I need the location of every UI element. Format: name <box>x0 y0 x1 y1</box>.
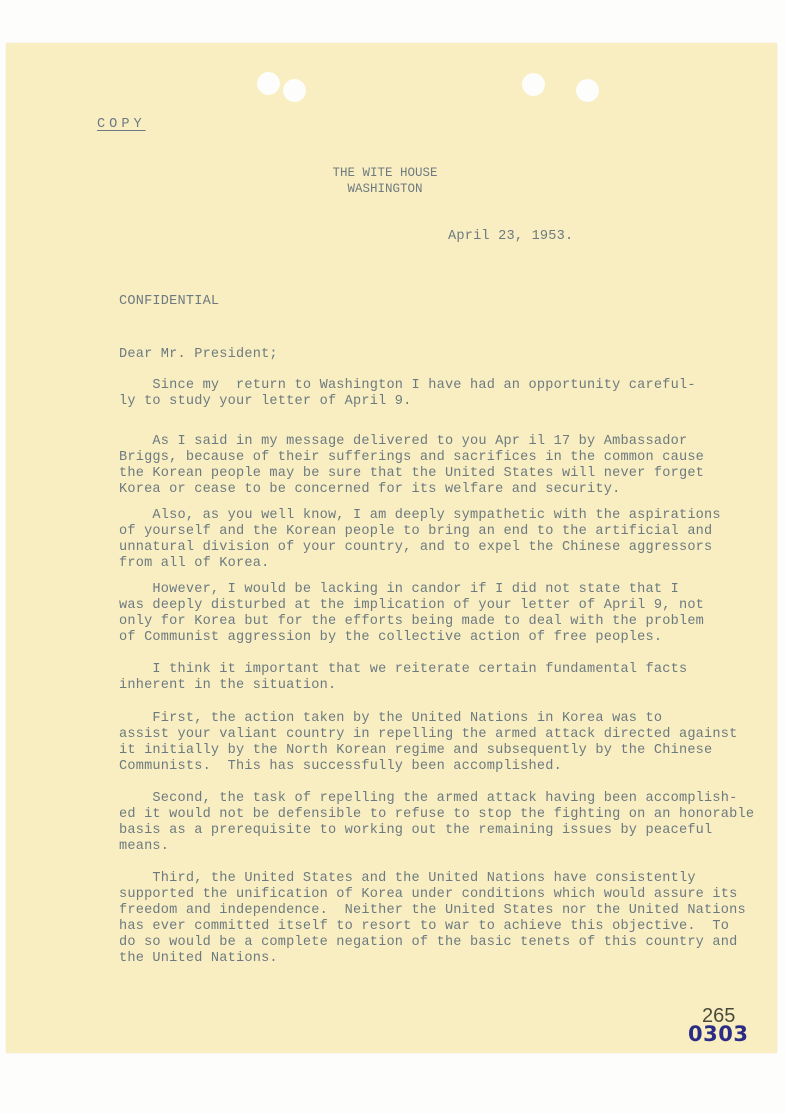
punch-hole <box>257 72 280 95</box>
text-line: means. <box>119 839 739 855</box>
text-line: ed it would not be defensible to refuse … <box>119 807 739 823</box>
paragraph-third: Third, the United States and the United … <box>119 871 739 967</box>
punch-hole <box>576 79 599 102</box>
paragraph-message-briggs: As I said in my message delivered to you… <box>119 434 739 498</box>
copy-marker: COPY <box>97 117 146 133</box>
text-line: do so would be a complete negation of th… <box>119 935 739 951</box>
text-line: has ever committed itself to resort to w… <box>119 919 739 935</box>
paragraph-first: First, the action taken by the United Na… <box>119 711 739 775</box>
text-line: from all of Korea. <box>119 556 739 572</box>
letterhead-title: THE WITE HOUSE <box>300 165 470 181</box>
text-line: As I said in my message delivered to you… <box>119 434 739 450</box>
paragraph-candor: However, I would be lacking in candor if… <box>119 582 739 646</box>
archive-number-stamp: 0303 <box>688 1022 748 1046</box>
text-line: inherent in the situation. <box>119 678 739 694</box>
text-line: assist your valiant country in repelling… <box>119 727 739 743</box>
text-line: was deeply disturbed at the implication … <box>119 598 739 614</box>
salutation: Dear Mr. President; <box>119 347 278 363</box>
text-line: of yourself and the Korean people to bri… <box>119 524 739 540</box>
paragraph-fundamental-facts: I think it important that we reiterate c… <box>119 662 739 694</box>
punch-hole <box>522 73 545 96</box>
text-line: First, the action taken by the United Na… <box>119 711 739 727</box>
paragraph-second: Second, the task of repelling the armed … <box>119 791 739 855</box>
text-line: Also, as you well know, I am deeply symp… <box>119 508 739 524</box>
text-line: the United Nations. <box>119 951 739 967</box>
text-line: freedom and independence. Neither the Un… <box>119 903 739 919</box>
text-line: Third, the United States and the United … <box>119 871 739 887</box>
text-line: Briggs, because of their sufferings and … <box>119 450 739 466</box>
text-line: Second, the task of repelling the armed … <box>119 791 739 807</box>
text-line: However, I would be lacking in candor if… <box>119 582 739 598</box>
text-line: supported the unification of Korea under… <box>119 887 739 903</box>
text-line: basis as a prerequisite to working out t… <box>119 823 739 839</box>
text-line: ly to study your letter of April 9. <box>119 394 739 410</box>
letter-date: April 23, 1953. <box>448 229 573 245</box>
text-line: Communists. This has successfully been a… <box>119 759 739 775</box>
letterhead-location: WASHINGTON <box>300 181 470 197</box>
text-line: of Communist aggression by the collectiv… <box>119 630 739 646</box>
text-line: unnatural division of your country, and … <box>119 540 739 556</box>
text-line: Korea or cease to be concerned for its w… <box>119 482 739 498</box>
punch-hole <box>283 79 306 102</box>
text-line: the Korean people may be sure that the U… <box>119 466 739 482</box>
text-line: Since my return to Washington I have had… <box>119 378 739 394</box>
text-line: it initially by the North Korean regime … <box>119 743 739 759</box>
letterhead: THE WITE HOUSE WASHINGTON <box>300 165 470 197</box>
text-line: only for Korea but for the efforts being… <box>119 614 739 630</box>
classification-label: CONFIDENTIAL <box>119 294 219 310</box>
paragraph-return-to-washington: Since my return to Washington I have had… <box>119 378 739 410</box>
paragraph-sympathetic: Also, as you well know, I am deeply symp… <box>119 508 739 572</box>
text-line: I think it important that we reiterate c… <box>119 662 739 678</box>
